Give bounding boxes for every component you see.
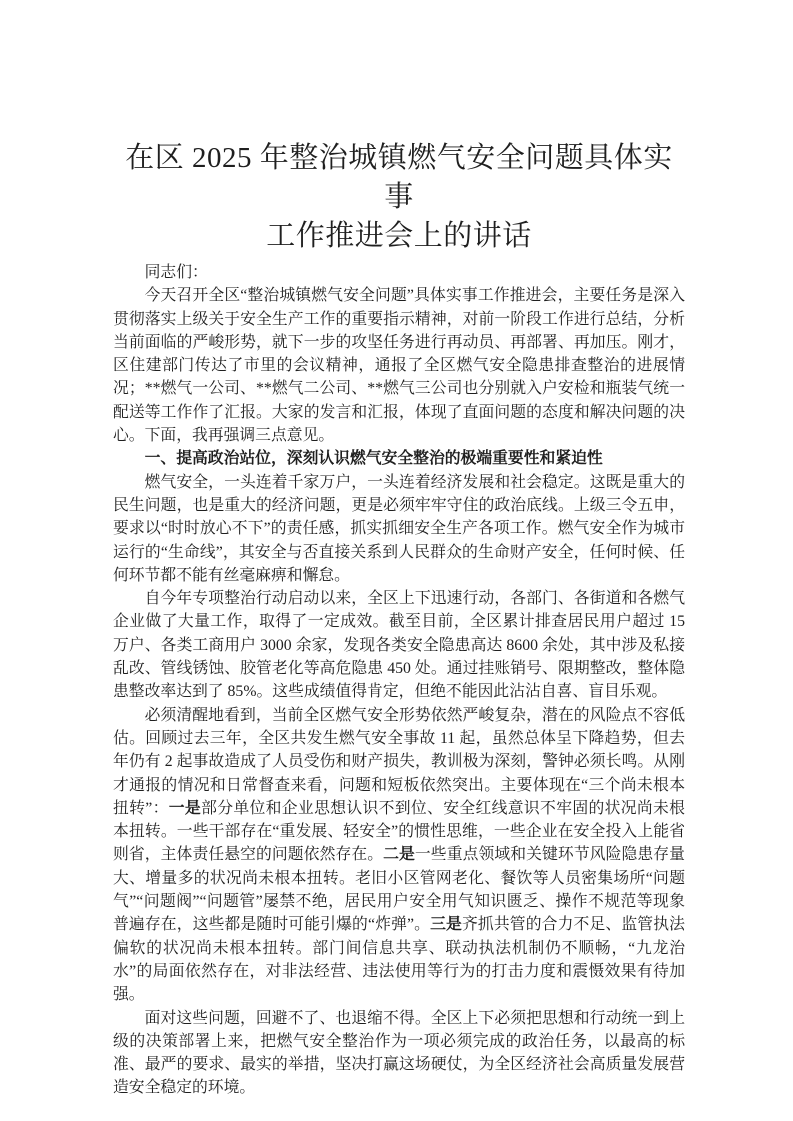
text-run: 燃气安全，一头连着千家万户，一头连着经济发展和社会稳定。这既是重大的民生问题，也… — [113, 474, 685, 584]
text-run: 三是 — [430, 916, 462, 933]
paragraph: 自今年专项整治行动启动以来，全区上下迅速行动，各部门、各街道和各燃气企业做了大量… — [113, 587, 685, 703]
text-run: 二是 — [383, 846, 415, 863]
document-body: 同志们：今天召开全区“整治城镇燃气安全问题”具体实事工作推进会，主要任务是深入贯… — [113, 261, 685, 1100]
text-run: 自今年专项整治行动启动以来，全区上下迅速行动，各部门、各街道和各燃气企业做了大量… — [113, 590, 685, 700]
document-title-line-1: 在区 2025 年整治城镇燃气安全问题具体实事 — [113, 139, 685, 217]
text-run: 一、提高政治站位，深刻认识燃气安全整治的极端重要性和紧迫性 — [145, 450, 603, 467]
paragraph: 今天召开全区“整治城镇燃气安全问题”具体实事工作推进会，主要任务是深入贯彻落实上… — [113, 284, 685, 447]
paragraph: 燃气安全，一头连着千家万户，一头连着经济发展和社会稳定。这既是重大的民生问题，也… — [113, 471, 685, 587]
paragraph: 面对这些问题，回避不了、也退缩不得。全区上下必须把思想和行动统一到上级的决策部署… — [113, 1007, 685, 1100]
paragraph: 必须清醒地看到，当前全区燃气安全形势依然严峻复杂，潜在的风险点不容低估。回顾过去… — [113, 704, 685, 1007]
text-run: 同志们： — [145, 264, 208, 281]
text-run: 一是 — [169, 800, 201, 817]
text-run: 今天召开全区“整治城镇燃气安全问题”具体实事工作推进会，主要任务是深入贯彻落实上… — [113, 287, 685, 444]
document-title: 在区 2025 年整治城镇燃气安全问题具体实事 工作推进会上的讲话 — [113, 139, 685, 256]
text-run: 面对这些问题，回避不了、也退缩不得。全区上下必须把思想和行动统一到上级的决策部署… — [113, 1010, 685, 1097]
paragraph: 同志们： — [113, 261, 685, 284]
document-page: 在区 2025 年整治城镇燃气安全问题具体实事 工作推进会上的讲话 同志们：今天… — [0, 0, 793, 1121]
document-title-line-2: 工作推进会上的讲话 — [113, 217, 685, 256]
section-heading: 一、提高政治站位，深刻认识燃气安全整治的极端重要性和紧迫性 — [113, 447, 685, 470]
